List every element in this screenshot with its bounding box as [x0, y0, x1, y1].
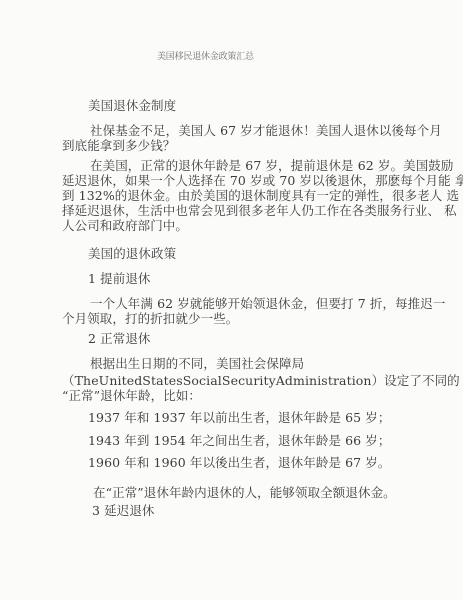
section-heading-retirement-policy: 美国的退休政策 [88, 247, 176, 261]
paragraph-line: 根据出生日期的不同，美国社会保障局 [90, 357, 304, 371]
paragraph-line: 一个人年满 62 岁就能够开始领退休金，但要打 7 折，每推迟一 [90, 297, 445, 311]
age-rule-line: 1960 年和 1960 年以後出生者，退休年龄是 67 岁。 [88, 456, 391, 470]
document-page: 美国移民退休金政策汇总 美国退休金制度 社保基金不足，美国人 67 岁才能退休！… [0, 0, 463, 600]
paragraph-line: 择延迟退休，生活中也常会见到很多老年人仍工作在各类服务行业、 私 [62, 204, 457, 218]
paragraph-line: （TheUnitedStatesSocialSecurityAdministra… [62, 374, 460, 388]
paragraph-line: 人公司和政府部门中。 [62, 219, 188, 233]
paragraph-line: “正常”退休年龄，比如： [62, 389, 201, 403]
paragraph-line: 社保基金不足，美国人 67 岁才能退休！美国人退休以後每个月 [90, 124, 442, 138]
paragraph-line: 延迟退休，如果一个人选择在 70 岁或 70 岁以後退休，那麽每个月能 拿 [62, 174, 463, 188]
item-heading-normal-retirement: 2 正常退休 [88, 332, 151, 346]
paragraph-line: 在“正常”退休年龄内退休的人，能够领取全额退休金。 [93, 486, 396, 500]
item-heading-delayed-retirement: 3 延迟退休 [92, 504, 155, 518]
age-rule-line: 1943 年到 1954 年之间出生者，退休年龄是 66 岁； [88, 434, 391, 448]
paragraph-line: 到底能拿到多少钱？ [62, 139, 175, 153]
paragraph-line: 个月领取，打的折扣就少一些。 [62, 312, 238, 326]
paragraph-line: 在美国，正常的退休年龄是 67 岁，提前退休是 62 岁。美国鼓励 [90, 159, 454, 173]
item-heading-early-retirement: 1 提前退休 [88, 272, 151, 286]
paragraph-line: 到 132%的退休金。由於美国的退休制度具有一定的弹性，很多老人 选 [62, 189, 459, 203]
page-header-title: 美国移民退休金政策汇总 [157, 52, 254, 62]
section-heading-pension-system: 美国退休金制度 [88, 99, 176, 113]
age-rule-line: 1937 年和 1937 年以前出生者，退休年龄是 65 岁； [88, 411, 391, 425]
